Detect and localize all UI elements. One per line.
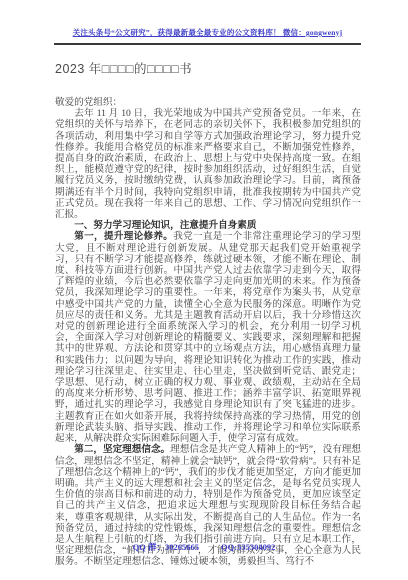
paragraph-intro: 去年 11 月 10 日，我光荣地成为中国共产党预备党员。一年来，在党组织的关怀… [55,108,361,220]
document-footer: QQ 群：30265665QQ:535304092 [0,541,408,553]
header-promo-link[interactable]: 关注头条号“公文研究”，获得最新最全最专业的公文资料库！ 微信：gongweny… [73,28,343,37]
qq-group-number: QQ 群：30265665 [133,542,199,552]
document-title: 2023 年□□□□的□□□□书 [55,59,192,77]
salutation: 敬爱的党组织： [55,97,361,108]
paragraph-point-1-lead: 第一，提升理论修养。 [74,231,173,242]
paragraph-point-1: 第一，提升理论修养。我党一直是一个非常注重理论学习的学习型大党，且不断对理论进行… [55,231,361,444]
document-page: 关注头条号“公文研究”，获得最新最全最专业的公文资料库！ 微信：gongweny… [0,0,408,580]
qq-number: QQ:535304092 [221,542,275,552]
section-heading-1: 一、努力学习理论知识，注意提升自身素质 [55,220,361,231]
document-header: 关注头条号“公文研究”，获得最新最全最专业的公文资料库！ 微信：gongweny… [54,22,361,45]
paragraph-point-2-lead: 第二，坚定理想信念。 [74,444,170,455]
paragraph-point-1-text: 我党一直是一个非常注重理论学习的学习型大党，且不断对理论进行创新发展。从建党那天… [55,231,361,444]
paragraph-intro-text: 去年 11 月 10 日，我光荣地成为中国共产党预备党员。一年来，在党组织的关怀… [55,108,361,220]
document-body: 敬爱的党组织： 去年 11 月 10 日，我光荣地成为中国共产党预备党员。一年来… [55,97,361,568]
